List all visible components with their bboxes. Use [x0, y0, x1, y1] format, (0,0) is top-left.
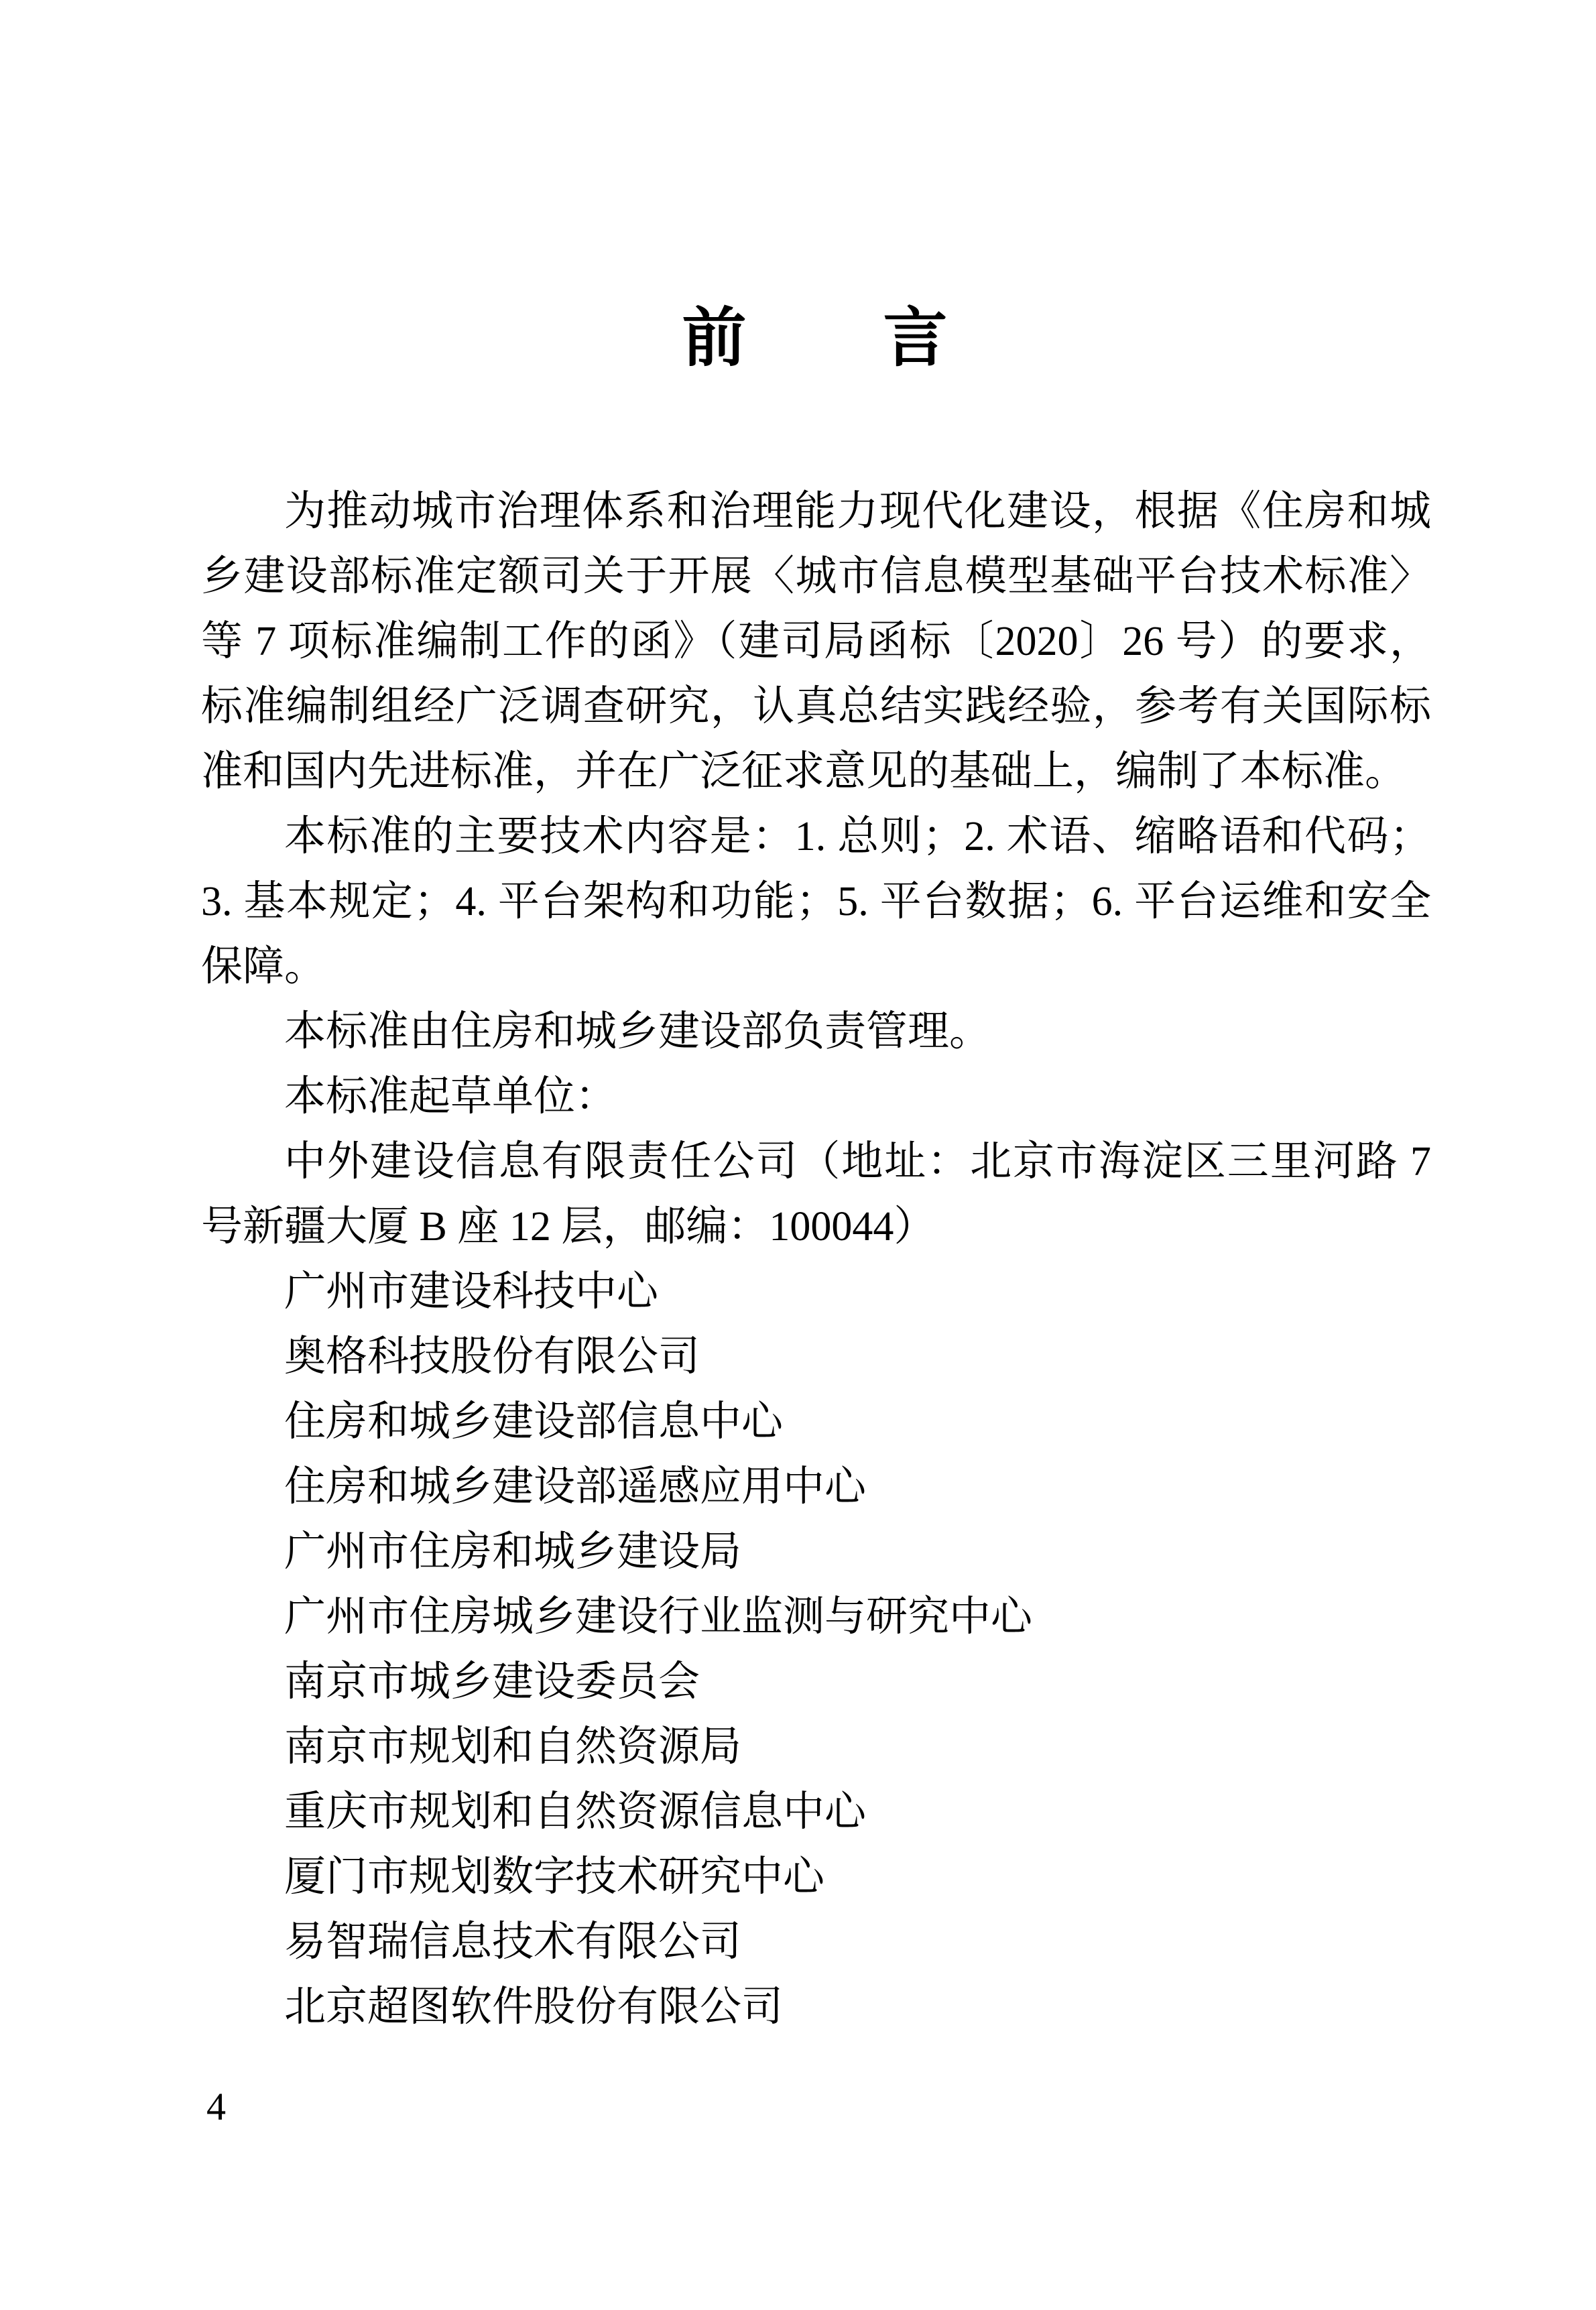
- paragraph-intro: 为推动城市治理体系和治理能力现代化建设，根据《住房和城乡建设部标准定额司关于开展…: [201, 479, 1431, 804]
- preface-body: 为推动城市治理体系和治理能力现代化建设，根据《住房和城乡建设部标准定额司关于开展…: [201, 479, 1431, 2040]
- drafting-unit-item: 北京超图软件股份有限公司: [201, 1975, 1431, 2040]
- drafting-unit-item: 易智瑞信息技术有限公司: [201, 1910, 1431, 1975]
- document-page: 前 言 为推动城市治理体系和治理能力现代化建设，根据《住房和城乡建设部标准定额司…: [0, 0, 1596, 2310]
- drafting-unit-item: 奥格科技股份有限公司: [201, 1325, 1431, 1390]
- page-title: 前 言: [201, 298, 1431, 379]
- paragraph-management: 本标准由住房和城乡建设部负责管理。: [201, 999, 1431, 1065]
- drafting-units-list: 广州市建设科技中心 奥格科技股份有限公司 住房和城乡建设部信息中心 住房和城乡建…: [201, 1260, 1431, 2040]
- drafting-unit-item: 住房和城乡建设部信息中心: [201, 1390, 1431, 1455]
- drafting-unit-item: 广州市住房和城乡建设局: [201, 1520, 1431, 1585]
- page-number: 4: [206, 2083, 226, 2130]
- paragraph-drafting-units-heading: 本标准起草单位：: [201, 1065, 1431, 1130]
- drafting-unit-item: 南京市规划和自然资源局: [201, 1715, 1431, 1780]
- drafting-unit-item: 重庆市规划和自然资源信息中心: [201, 1780, 1431, 1845]
- drafting-unit-item: 厦门市规划数字技术研究中心: [201, 1845, 1431, 1910]
- drafting-unit-item: 住房和城乡建设部遥感应用中心: [201, 1455, 1431, 1520]
- drafting-unit-item: 广州市建设科技中心: [201, 1260, 1431, 1325]
- paragraph-chief-drafting-unit: 中外建设信息有限责任公司（地址：北京市海淀区三里河路 7 号新疆大厦 B 座 1…: [201, 1130, 1431, 1260]
- drafting-unit-item: 广州市住房城乡建设行业监测与研究中心: [201, 1585, 1431, 1650]
- drafting-unit-item: 南京市城乡建设委员会: [201, 1650, 1431, 1715]
- paragraph-technical-content: 本标准的主要技术内容是：1. 总则；2. 术语、缩略语和代码；3. 基本规定；4…: [201, 804, 1431, 999]
- page-content: 前 言 为推动城市治理体系和治理能力现代化建设，根据《住房和城乡建设部标准定额司…: [201, 0, 1431, 2040]
